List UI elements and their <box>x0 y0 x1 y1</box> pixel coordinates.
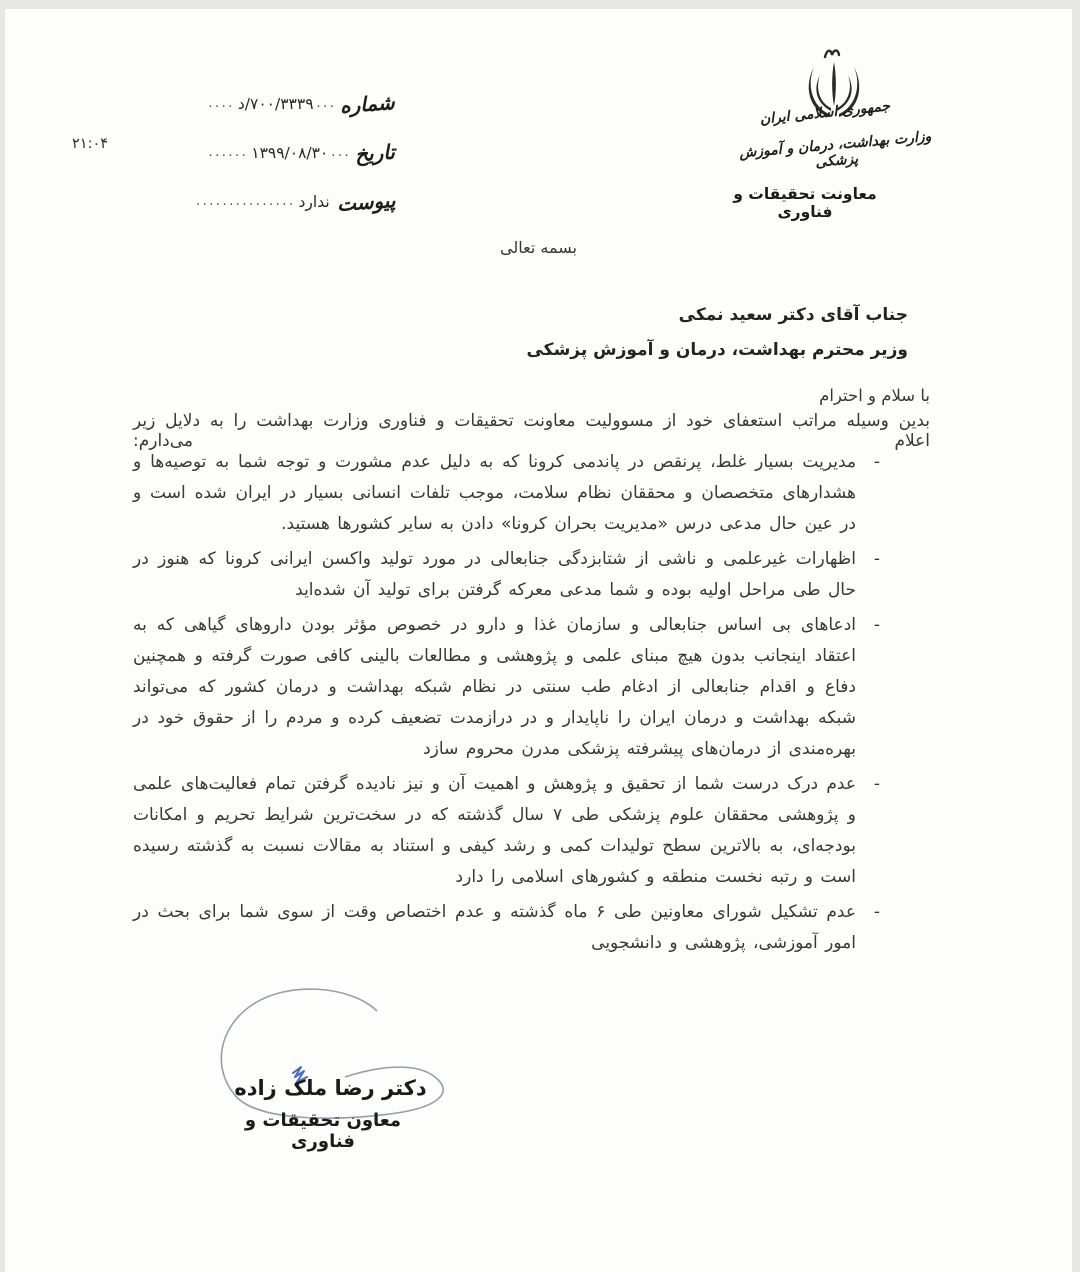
reason-text: اظهارات غیرعلمی و ناشی از شتابزدگی جنابع… <box>133 549 856 600</box>
besmele: بسمه تعالی <box>5 238 1072 257</box>
dash-bullet: - <box>874 897 880 928</box>
opening-paragraph: بدین وسیله مراتب استعفای خود از مسوولیت … <box>133 411 930 451</box>
time-stamp: ۲۱:۰۴ <box>72 136 108 152</box>
number-value: ۷۰۰/۳۳۳۹/د <box>238 95 314 113</box>
date-label: تاریخ <box>354 139 395 166</box>
date-field: تاریخ ... ۱۳۹۹/۰۸/۳۰ ...... <box>196 128 395 177</box>
attachment-label: پیوست <box>336 187 396 215</box>
dash-bullet: - <box>874 544 880 575</box>
reason-text: مدیریت بسیار غلط، پرنقص در پاندمی کرونا … <box>133 452 856 534</box>
reason-text: ادعاهای بی اساس جنابعالی و سازمان غذا و … <box>133 615 856 759</box>
date-value: ۱۳۹۹/۰۸/۳۰ <box>251 144 328 162</box>
dotted-leader: ... <box>331 145 351 160</box>
reason-item: - عدم درک درست شما از تحقیق و پژوهش و اه… <box>133 769 856 893</box>
dotted-leader: ............... <box>196 194 296 209</box>
attachment-value: ندارد <box>299 193 330 211</box>
deputy-title: معاونت تحقیقات و فناوری <box>705 185 905 221</box>
letter-page: ۲۱:۰۴ شماره ... ۷۰۰/۳۳۳۹/د .... تاریخ ..… <box>5 9 1072 1272</box>
reason-item: - اظهارات غیرعلمی و ناشی از شتابزدگی جنا… <box>133 544 856 606</box>
attachment-field: پیوست ندارد ............... <box>196 177 395 226</box>
reasons-list: - مدیریت بسیار غلط، پرنقص در پاندمی کرون… <box>133 447 856 963</box>
ministry-title: وزارت بهداشت، درمان و آموزش پزشکی <box>720 127 952 179</box>
recipient-block: جناب آقای دکتر سعید نمکی وزیر محترم بهدا… <box>133 298 908 368</box>
dotted-leader: ... <box>317 96 337 111</box>
salutation: با سلام و احترام <box>133 386 930 405</box>
letter-meta-block: شماره ... ۷۰۰/۳۳۳۹/د .... تاریخ ... ۱۳۹۹… <box>196 79 395 226</box>
signature-scribble-icon <box>205 977 465 1127</box>
dotted-leader: .... <box>208 96 235 111</box>
reason-item: - ادعاهای بی اساس جنابعالی و سازمان غذا … <box>133 610 856 765</box>
recipient-name: جناب آقای دکتر سعید نمکی <box>133 298 908 333</box>
dash-bullet: - <box>874 447 880 478</box>
number-field: شماره ... ۷۰۰/۳۳۳۹/د .... <box>196 79 395 128</box>
dash-bullet: - <box>874 769 880 800</box>
signatory-name: دکتر رضا ملک زاده <box>213 1076 448 1100</box>
dash-bullet: - <box>874 610 880 641</box>
reason-text: عدم تشکیل شورای معاونین طی ۶ ماه گذشته و… <box>133 902 856 953</box>
signatory-title: معاون تحقیقات و فناوری <box>223 1110 423 1152</box>
reason-item: - مدیریت بسیار غلط، پرنقص در پاندمی کرون… <box>133 447 856 540</box>
recipient-title: وزیر محترم بهداشت، درمان و آموزش پزشکی <box>133 333 908 368</box>
reason-item: - عدم تشکیل شورای معاونین طی ۶ ماه گذشته… <box>133 897 856 959</box>
scanned-letter: { "page": { "timestamp": "۲۱:۰۴", "form"… <box>0 0 1080 1272</box>
reason-text: عدم درک درست شما از تحقیق و پژوهش و اهمی… <box>133 774 856 887</box>
dotted-leader: ...... <box>208 145 248 160</box>
number-label: شماره <box>340 90 396 118</box>
